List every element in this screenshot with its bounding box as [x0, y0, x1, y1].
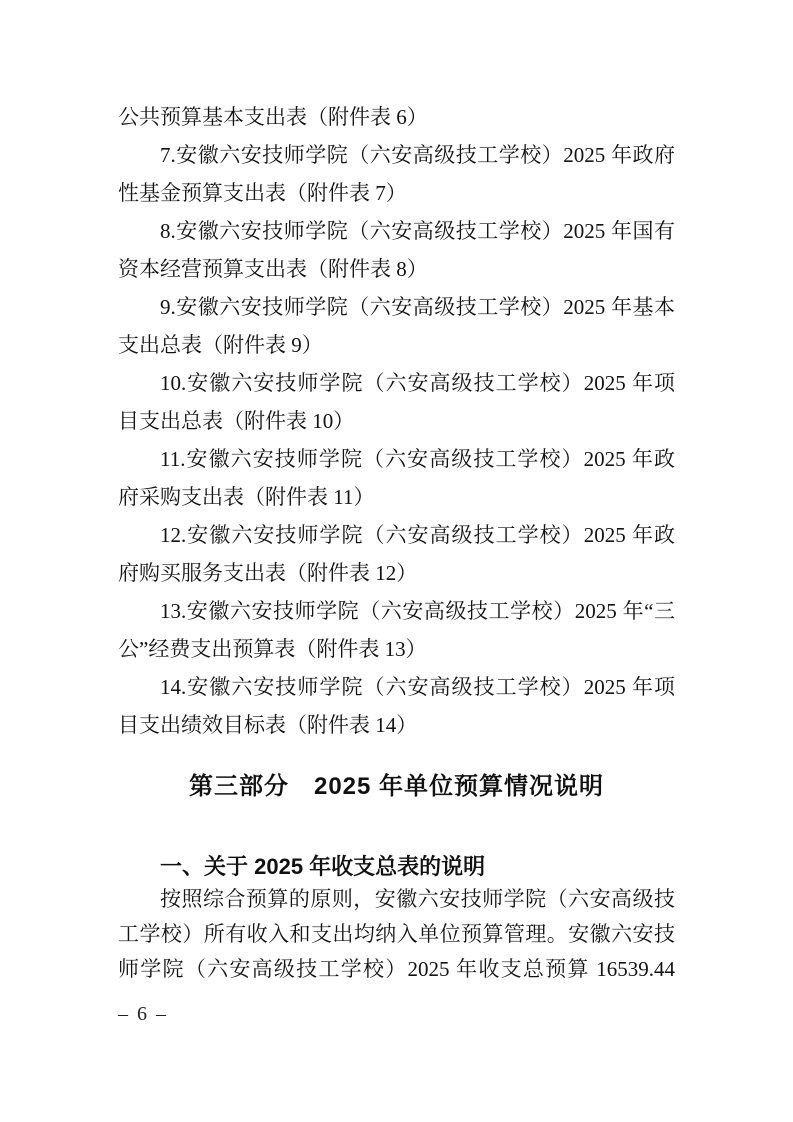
document-line: 8.安徽六安技师学院（六安高级技工学校）2025 年国有 [118, 212, 675, 250]
document-line: 13.安徽六安技师学院（六安高级技工学校）2025 年“三 [118, 592, 675, 630]
document-line: 10.安徽六安技师学院（六安高级技工学校）2025 年项 [118, 364, 675, 402]
document-line: 按照综合预算的原则，安徽六安技师学院（六安高级技 [118, 882, 675, 917]
document-line: 公共预算基本支出表（附件表 6） [118, 98, 675, 136]
document-line: 14.安徽六安技师学院（六安高级技工学校）2025 年项 [118, 668, 675, 706]
intro-paragraph: 按照综合预算的原则，安徽六安技师学院（六安高级技工学校）所有收入和支出均纳入单位… [118, 882, 675, 987]
document-line: 公”经费支出预算表（附件表 13） [118, 630, 675, 668]
document-line: 资本经营预算支出表（附件表 8） [118, 250, 675, 288]
attachment-list: 公共预算基本支出表（附件表 6）7.安徽六安技师学院（六安高级技工学校）2025… [118, 98, 675, 744]
subsection-heading: 一、关于 2025 年收支总表的说明 [118, 852, 675, 882]
document-page: 公共预算基本支出表（附件表 6）7.安徽六安技师学院（六安高级技工学校）2025… [0, 0, 793, 1122]
document-line: 9.安徽六安技师学院（六安高级技工学校）2025 年基本 [118, 288, 675, 326]
section-heading: 第三部分 2025 年单位预算情况说明 [118, 770, 675, 804]
document-line: 工学校）所有收入和支出均纳入单位预算管理。安徽六安技 [118, 917, 675, 952]
document-line: 师学院（六安高级技工学校）2025 年收支总预算 16539.44 [118, 952, 675, 987]
text-column: 公共预算基本支出表（附件表 6）7.安徽六安技师学院（六安高级技工学校）2025… [118, 98, 675, 987]
document-line: 12.安徽六安技师学院（六安高级技工学校）2025 年政 [118, 516, 675, 554]
page-number: – 6 – [118, 1002, 168, 1026]
document-line: 府购买服务支出表（附件表 12） [118, 554, 675, 592]
document-line: 目支出总表（附件表 10） [118, 402, 675, 440]
document-line: 支出总表（附件表 9） [118, 326, 675, 364]
document-line: 11.安徽六安技师学院（六安高级技工学校）2025 年政 [118, 440, 675, 478]
document-line: 府采购支出表（附件表 11） [118, 478, 675, 516]
document-line: 性基金预算支出表（附件表 7） [118, 174, 675, 212]
document-line: 目支出绩效目标表（附件表 14） [118, 706, 675, 744]
document-line: 7.安徽六安技师学院（六安高级技工学校）2025 年政府 [118, 136, 675, 174]
